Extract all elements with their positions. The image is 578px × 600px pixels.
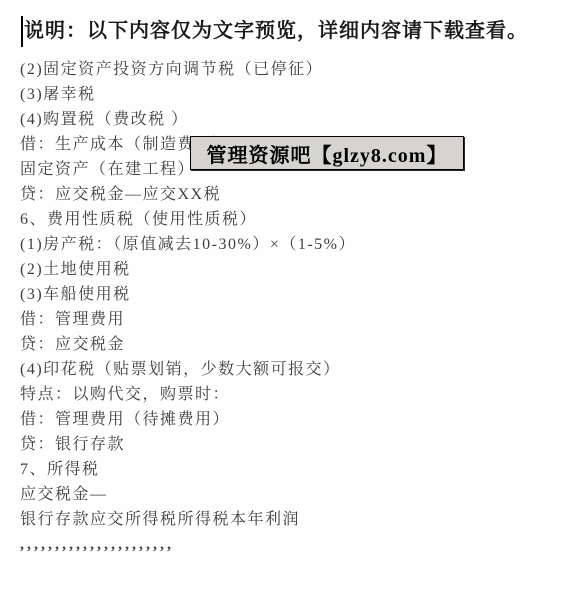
text-cursor xyxy=(21,16,23,47)
preview-text: (2)固定资产投资方向调节税（已停征）(3)屠幸税(4)购置税（费改税 ）借：生… xyxy=(20,57,356,557)
preview-notice: 说明：以下内容仅为文字预览，详细内容请下载查看。 xyxy=(24,15,528,47)
text-line: 贷：银行存款 xyxy=(20,432,356,457)
text-line: 银行存款应交所得税所得税本年利润 xyxy=(20,507,356,532)
text-line: (2)土地使用税 xyxy=(20,257,356,282)
text-line: 借：管理费用（待摊费用） xyxy=(20,407,356,432)
text-line: 贷：应交税金—应交XX税 xyxy=(20,182,356,207)
text-line: (4)购置税（费改税 ） xyxy=(20,107,356,132)
text-line: (4)印花税（贴票划销，少数大额可报交） xyxy=(20,357,356,382)
text-line: 应交税金— xyxy=(20,482,356,507)
text-line: 特点：以购代交，购票时： xyxy=(20,382,356,407)
text-line: 借：管理费用 xyxy=(20,307,356,332)
text-line: (1)房产税：（原值减去10-30%）×（1-5%） xyxy=(20,232,356,257)
text-line: 7、所得税 xyxy=(20,457,356,482)
document-preview-page: 说明：以下内容仅为文字预览，详细内容请下载查看。 (2)固定资产投资方向调节税（… xyxy=(0,0,578,600)
text-line: 贷：应交税金 xyxy=(20,332,356,357)
text-line: (3)车船使用税 xyxy=(20,282,356,307)
text-line: 6、费用性质税（使用性质税） xyxy=(20,207,356,232)
watermark-badge: 管理资源吧【glzy8.com】 xyxy=(190,136,464,170)
text-line: (3)屠幸税 xyxy=(20,82,356,107)
text-line: ,,,,,,,,,,,,,,,,,,,,,, xyxy=(20,532,356,557)
text-line: (2)固定资产投资方向调节税（已停征） xyxy=(20,57,356,82)
